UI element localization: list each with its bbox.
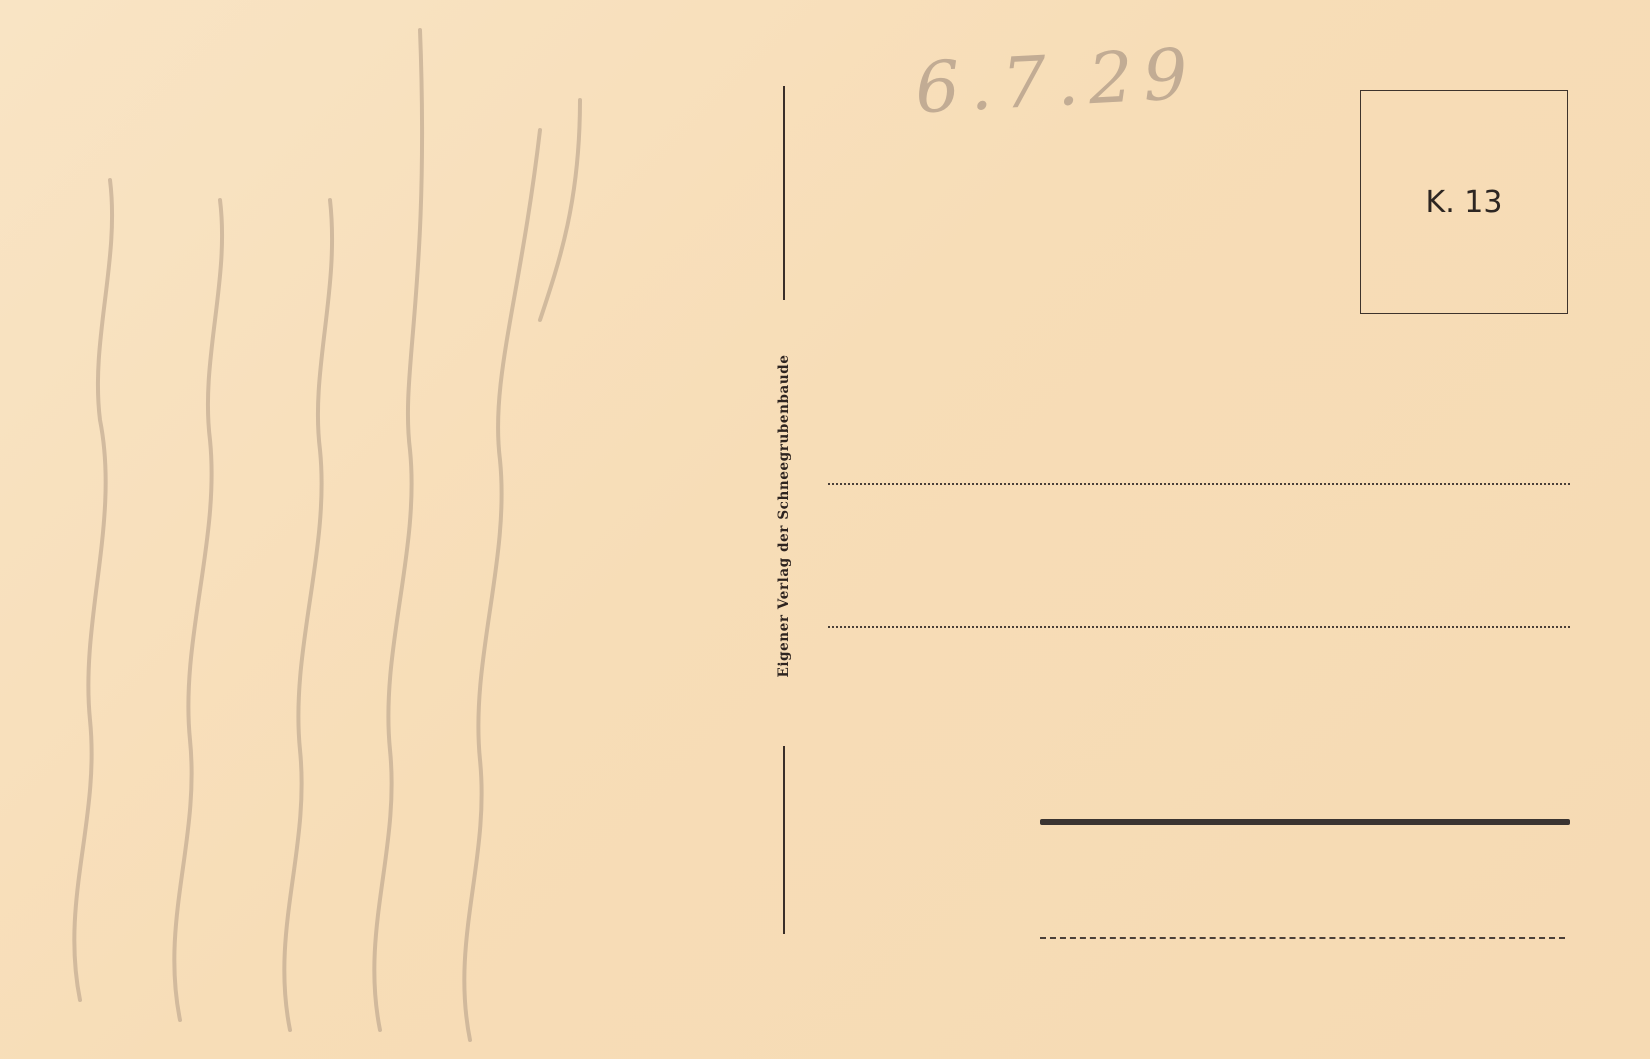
postcard-back: Eigener Verlag der Schneegrubenbaude 6.7… [0,0,1650,1059]
address-line-1 [828,483,1570,485]
address-line-4 [1040,937,1565,939]
handwritten-message [20,0,620,1059]
stamp-box-label: K. 13 [1361,185,1567,220]
handwritten-date: 6.7.29 [913,33,1200,130]
address-line-2 [828,626,1570,628]
stamp-box: K. 13 [1360,90,1568,314]
publisher-imprint: Eigener Verlag der Schneegrubenbaude [776,354,792,677]
center-divider-bottom [783,746,785,934]
center-divider-top [783,86,785,300]
address-line-3 [1040,819,1570,825]
